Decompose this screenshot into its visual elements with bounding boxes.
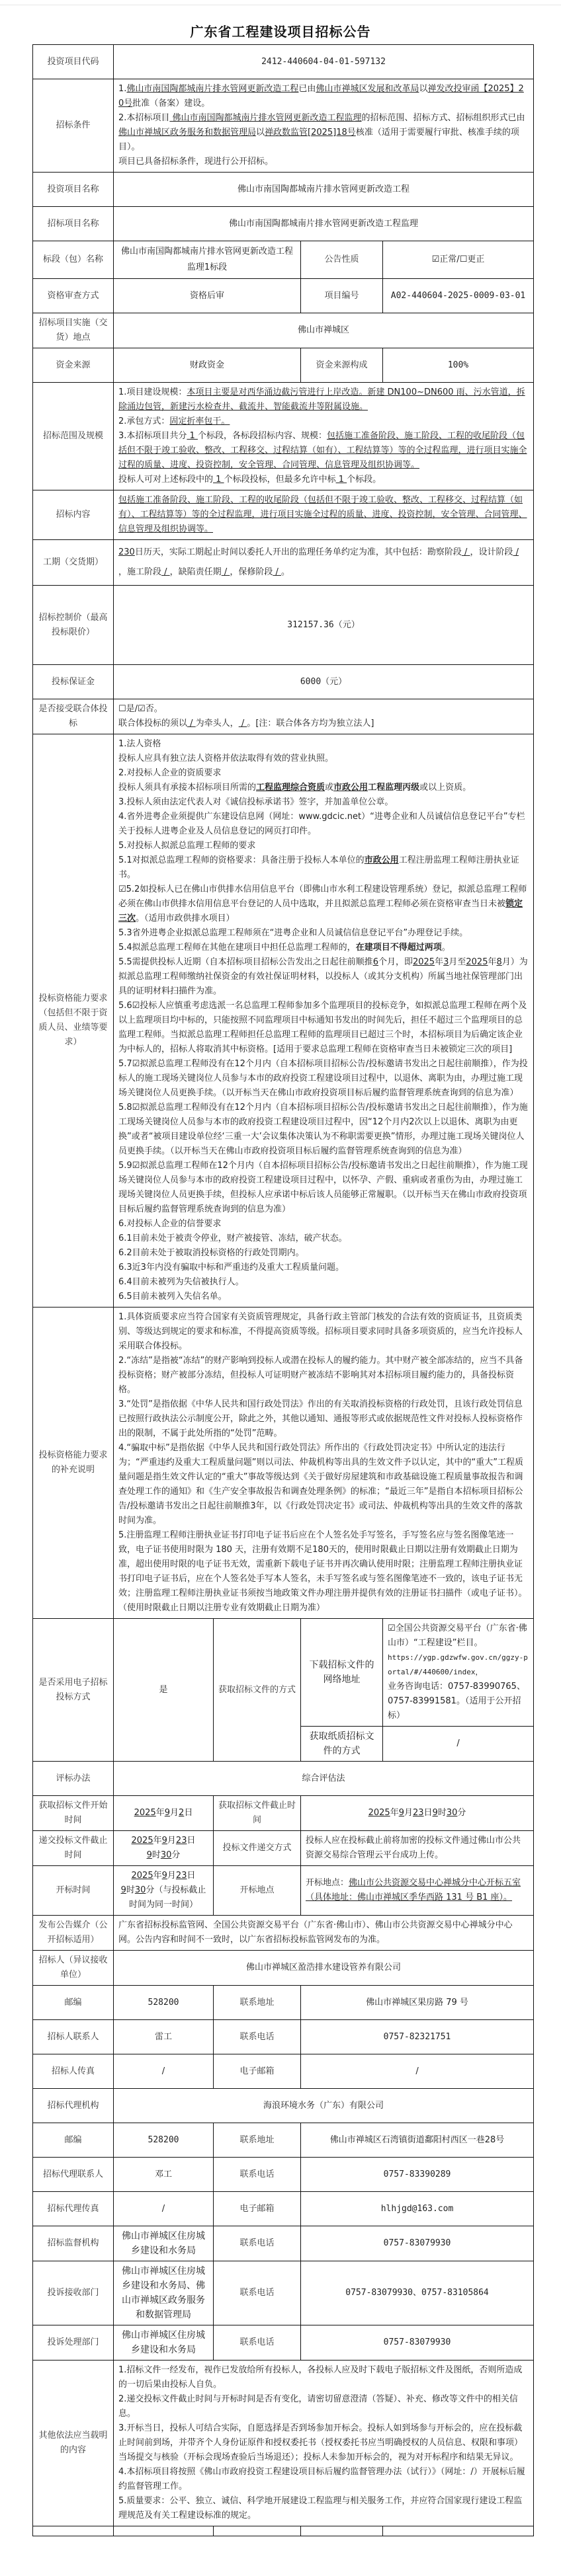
- complaint-handle-phone-label: 联系电话: [214, 2325, 301, 2361]
- agency-fax-value: /: [114, 2192, 214, 2226]
- text: 已由: [298, 84, 316, 94]
- agency-phone-value: 0757-83390289: [301, 2158, 534, 2192]
- text: 。（适用市政供排水项目）: [136, 914, 235, 923]
- tender-name-value: 佛山市南国陶都城南片排水管网更新改造工程监理: [114, 207, 534, 241]
- complaint-handle-value: 佛山市禅城区住房城乡建设和水务局: [114, 2325, 214, 2361]
- agency-address-value: 佛山市禅城区石湾镇街道鄱阳村西区一巷28号: [301, 2123, 534, 2158]
- month: 9: [162, 1836, 167, 1846]
- agency-contact-label: 招标代理联系人: [33, 2158, 114, 2192]
- tenderer-fax-value: /: [114, 2054, 214, 2089]
- tender-project-underlined: 佛山市南国陶都城南片排水管网更新改造工程监理: [169, 113, 361, 123]
- duration-label: 工期（交货期）: [33, 540, 114, 586]
- evaluation-value: 综合评估法: [114, 1762, 534, 1796]
- row-tenderer-fax: 招标人传真 / 电子邮箱 /: [33, 2054, 534, 2089]
- paper-docs-value: /: [383, 1727, 534, 1762]
- others-label: 其他依法应当载明的内容: [33, 2361, 114, 2526]
- warranty-stage: /: [273, 567, 281, 577]
- others-item: 2.递交投标文件截止时间与开标时间是否有变化，请密切留意澄清（答疑）、补充、修改…: [118, 2392, 529, 2421]
- day: 2: [179, 1808, 184, 1818]
- text: 5.5需提供投标人近期（自本招标项目招标公告发出之日起往前顺推: [118, 957, 373, 967]
- row-supplement: 投标资格能力要求的补充说明 1.具体资质要求应当符合国家有关资质管理规定，具备行…: [33, 1308, 534, 1619]
- row-tenderer-contact: 招标人联系人 雷工 联系电话 0757-82321751: [33, 2020, 534, 2054]
- end-month: 8: [497, 957, 502, 967]
- top-divider: [0, 0, 561, 5]
- text: 5.1对拟派总监理工程师的资格要求：具备注册于投标人本单位的: [118, 855, 365, 865]
- day: 23: [176, 1836, 187, 1846]
- complaint-handle-label: 投诉处理部门: [33, 2325, 114, 2361]
- max-win-count: 1: [336, 475, 347, 485]
- eligibility-line: 4.省外进粤企业须提供广东建设信息网（网址：www.gdcic.net）“进粤企…: [118, 810, 529, 839]
- row-funding: 资金来源 财政资金 资金来源构成 100%: [33, 348, 534, 383]
- lead-party: /: [187, 719, 196, 728]
- qualification-type-1: 工程监理综合资质: [256, 783, 325, 793]
- page-title: 广东省工程建设项目招标公告: [0, 21, 561, 40]
- tenderer-value: 佛山市禅城区盈浩排水建设管养有限公司: [114, 1951, 534, 1986]
- agency-phone-label: 联系电话: [214, 2158, 301, 2192]
- text: 或: [325, 783, 333, 793]
- row-location: 招标项目实施（交货）地点 佛山市禅城区: [33, 313, 534, 348]
- agency-contact-value: 邓工: [114, 2158, 214, 2192]
- engineer-specialty: 市政公用: [365, 855, 399, 865]
- section-count: 1: [187, 431, 198, 441]
- conditions-conclusion: 项目已具备招标条件，现进行公开招标。: [118, 155, 529, 169]
- eligibility-line: 5.6☑投标人应慎重考虑选派一名总监理工程师参加多个监理项目的投标竞争，如拟派总…: [118, 999, 529, 1057]
- obtain-method-label: 获取招标文件的方式: [214, 1619, 301, 1762]
- agency-fax-label: 招标代理传真: [33, 2192, 114, 2226]
- project-no-value: A02-440604-2025-0009-03-01: [383, 279, 534, 313]
- section-label: 标段（包）名称: [33, 241, 114, 279]
- text: 5.4拟派总监理工程师在其他在建项目中担任总监理工程师的，: [118, 943, 356, 953]
- duration-value: 230日历天，实际工期起止时间以委托人开出的监理任务单约定为准，其中包括：勘察阶…: [114, 540, 534, 586]
- hour: 9: [147, 1850, 152, 1860]
- end-year: 2025: [466, 957, 488, 967]
- agency-zip-label: 邮编: [33, 2123, 114, 2158]
- project-limit: 在建项目不得超过两项: [356, 943, 442, 953]
- qualification-grade: 工程监理丙级: [368, 783, 419, 793]
- text: 以: [419, 84, 427, 94]
- defect-period: /: [222, 567, 230, 577]
- agency-value: 海浪环境水务（广东）有限公司: [114, 2089, 534, 2123]
- text: 个月，即: [378, 957, 413, 967]
- hour: 9: [121, 1885, 126, 1895]
- text: 为牵头人，: [196, 719, 239, 728]
- scope-value: 1.项目建设规模：本项目主要是对西华涌边截污管进行上岸改造。新建 DN100~D…: [114, 383, 534, 490]
- content-cell: 包括施工准备阶段、施工阶段、工程的收尾阶段（包括但不限于竣工验收、整改、工程移交…: [114, 490, 534, 540]
- content-label: 招标内容: [33, 490, 114, 540]
- location-label: 招标项目实施（交货）地点: [33, 313, 114, 348]
- year: 2025: [368, 1808, 390, 1818]
- row-electronic-bidding: 是否采用电子招标投标方式 是 获取招标文件的方式 下载招标文件的网络地址 ☑全国…: [33, 1619, 534, 1727]
- supplement-value: 1.具体资质要求应当符合国家有关资质管理规定，具备行政主管部门核发的合法有效的资…: [114, 1308, 534, 1619]
- others-value: 1.招标文件一经发布，视作已发放给所有投标人，各投标人应及时下载电子版招标文件及…: [114, 2361, 534, 2526]
- bid-bond-label: 投标保证金: [33, 665, 114, 699]
- tenderer-address-label: 联系地址: [214, 1986, 301, 2020]
- text: 2.承包方式：: [118, 416, 169, 426]
- text: 年: [435, 957, 443, 967]
- agency-email-label: 电子邮箱: [214, 2192, 301, 2226]
- text: ，保修阶段: [230, 567, 273, 577]
- tenderer-phone-value: 0757-82321751: [301, 2020, 534, 2054]
- row-agency-contact: 招标代理联系人 邓工 联系电话 0757-83390289: [33, 2158, 534, 2192]
- text: 3.本招标项目共分: [118, 431, 187, 441]
- tenderer-zip-label: 邮编: [33, 1986, 114, 2020]
- submit-method-label: 投标文件递交方式: [214, 1831, 301, 1866]
- bid-bond-value: 6000（元）: [114, 665, 534, 699]
- row-tenderer: 招标人（异议接收单位） 佛山市禅城区盈浩排水建设管养有限公司: [33, 1951, 534, 1986]
- eligibility-line: 5.8☑拟派总监理工程师没有在12个月内（自本招标项目招标公告/投标邀请书发出之…: [118, 1101, 529, 1159]
- text: 。[注：联合体各方均为独立法人]: [247, 719, 374, 728]
- tenderer-label: 招标人（异议接收单位）: [33, 1951, 114, 1986]
- text: 2.本招标项目: [118, 113, 169, 123]
- text: 或以上资质。: [419, 783, 471, 793]
- row-tenderer-zip: 邮编 528200 联系地址 佛山市禅城区果房路 79 号: [33, 1986, 534, 2020]
- supplement-label: 投标资格能力要求的补充说明: [33, 1308, 114, 1619]
- tenderer-contact-value: 雷工: [114, 2020, 214, 2054]
- eligibility-line: 3.投标人须由法定代表人对《诚信投标承诺书》签字，并加盖单位公章。: [118, 795, 529, 810]
- platform-name: ☑全国公共资源交易平台（广东省·佛山市）“工程建设”栏目。: [388, 1621, 529, 1651]
- text: 批准（备案）建设。: [132, 98, 210, 108]
- eligibility-line: 6.2目前未处于被取消投标资格的行政处罚期内。: [118, 1246, 529, 1261]
- qualification-value: 资格后审: [114, 279, 301, 313]
- survey-stage: /: [462, 547, 470, 557]
- qualification-label: 资格审查方式: [33, 279, 114, 313]
- text: 年: [488, 957, 496, 967]
- year: 2025: [134, 1808, 156, 1818]
- verification-document-no: 禅政数监管[2025]18号: [265, 128, 356, 137]
- obtain-end-value: 2025年9月23日9时30分: [301, 1796, 534, 1831]
- investment-name-label: 投资项目名称: [33, 173, 114, 207]
- design-stage: /: [513, 547, 519, 557]
- row-qualification: 资格审查方式 资格后审 项目编号 A02-440604-2025-0009-03…: [33, 279, 534, 313]
- text: 。: [281, 567, 290, 577]
- text: 以: [256, 128, 265, 137]
- start-year: 2025: [413, 957, 435, 967]
- minute: 30: [447, 1808, 458, 1818]
- text: 月至: [449, 957, 466, 967]
- submit-method-value: 投标人应在投标截止前将加密的投标文件通过佛山市公共资源交易综合管理云平台成功上传…: [301, 1831, 534, 1866]
- consortium-label: 是否接受联合体投标: [33, 699, 114, 734]
- agency-email-value[interactable]: hlhjgd@163.com: [301, 2192, 534, 2226]
- complaint-receive-value: 佛山市禅城区住房城乡建设和水务局、佛山市禅城区政务服务和数据管理局: [114, 2261, 214, 2325]
- notice-nature-value: ☑正常/☐更正: [383, 241, 534, 279]
- project-code-label: 投资项目代码: [33, 45, 114, 79]
- agency-address-label: 联系地址: [214, 2123, 301, 2158]
- agency-zip-value: 528200: [114, 2123, 214, 2158]
- tender-name-label: 招标项目名称: [33, 207, 114, 241]
- text: 的招标范围、招标方式、招标组织形式已由: [362, 113, 525, 123]
- row-investment-name: 投资项目名称 佛山市南国陶都城南片排水管网更新改造工程: [33, 173, 534, 207]
- row-supervision: 招标监督机构 佛山市禅城区住房城乡建设和水务局 联系电话 0757-830799…: [33, 2226, 534, 2261]
- row-eligibility: 投标资格能力要求（包括但不限于资质人员、业绩等要求） 1.法人资格 投标人应具有…: [33, 734, 534, 1308]
- consortium-choice: ☐是/☑否。: [118, 702, 529, 717]
- row-scope: 招标范围及规模 1.项目建设规模：本项目主要是对西华涌边截污管进行上岸改造。新建…: [33, 383, 534, 490]
- tenderer-email-value: /: [301, 2054, 534, 2089]
- supplement-item: 4.“骗取中标”是指依据《中华人民共和国行政处罚法》所作出的《行政处罚决定书》中…: [118, 1441, 529, 1528]
- supervision-phone-label: 联系电话: [214, 2226, 301, 2261]
- row-agency-fax: 招标代理传真 / 电子邮箱 hlhjgd@163.com: [33, 2192, 534, 2226]
- notice-nature-label: 公告性质: [301, 241, 383, 279]
- text: 投标人可对上述标段中的: [118, 475, 213, 485]
- obtain-end-label: 获取招标文件截止时间: [214, 1796, 301, 1831]
- opening-time-value: 2025年9月23日9时30分（与投标截止时间为同一时间）: [114, 1866, 214, 1916]
- eligibility-line: 5.3省外进粤企业拟派总监理工程师须在“进粤企业和人员诚信信息登记平台”办理登记…: [118, 926, 529, 941]
- others-item: 1.招标文件一经发布，视作已发放给所有投标人，各投标人应及时下载电子版招标文件及…: [118, 2363, 529, 2392]
- minute: 30: [161, 1850, 172, 1860]
- electronic-label: 是否采用电子招标投标方式: [33, 1619, 114, 1762]
- scope-label: 招标范围及规模: [33, 383, 114, 490]
- consult-phone: 业务咨询电话：0757-83990765、0757-83991581。（适用于公…: [388, 1680, 529, 1723]
- complaint-receive-label: 投诉接收部门: [33, 2261, 114, 2325]
- row-duration: 工期（交货期） 230日历天，实际工期起止时间以委托人开出的监理任务单约定为准，…: [33, 540, 534, 586]
- construction-stage: /: [161, 567, 170, 577]
- row-agency-zip: 邮编 528200 联系地址 佛山市禅城区石湾镇街道鄱阳村西区一巷28号: [33, 2123, 534, 2158]
- text: 个标段。: [347, 475, 381, 485]
- download-link[interactable]: https://ygp.gdzwfw.gov.cn/ggzy-portal/#/…: [388, 1651, 529, 1680]
- control-price-value: 312157.36（元）: [114, 586, 534, 665]
- qualification-type-2: 市政公用: [333, 783, 368, 793]
- text: 日历天，实际工期起止时间以委托人开出的监理任务单约定为准，其中包括：勘察阶段: [135, 547, 462, 557]
- row-bid-bond: 投标保证金 6000（元）: [33, 665, 534, 699]
- row-complaint-handle: 投诉处理部门 佛山市禅城区住房城乡建设和水务局 联系电话 0757-830799…: [33, 2325, 534, 2361]
- tenderer-phone-label: 联系电话: [214, 2020, 301, 2054]
- minute: 30: [135, 1885, 146, 1895]
- tail-cell: [33, 2526, 114, 2536]
- submit-deadline-label: 递交投标文件截止时间: [33, 1831, 114, 1866]
- evaluation-label: 评标办法: [33, 1762, 114, 1796]
- row-submit: 递交投标文件截止时间 2025年9月23日9时30分 投标文件递交方式 投标人应…: [33, 1831, 534, 1866]
- media-label: 发布公告媒介（公开招标适用）: [33, 1916, 114, 1951]
- verification-authority: 佛山市禅城区政务服务和数据管理局: [118, 128, 256, 137]
- text: 个标段，各标段招标内容、规模：: [198, 431, 327, 441]
- content-value: 包括施工准备阶段、施工阶段、工程的收尾阶段（包括但不限于竣工验收、整改、工程移交…: [118, 495, 527, 534]
- tenderer-email-label: 电子邮箱: [214, 2054, 301, 2089]
- funding-label: 资金来源: [33, 348, 114, 383]
- text: 1.项目建设规模：: [118, 387, 187, 397]
- row-content: 招标内容 包括施工准备阶段、施工阶段、工程的收尾阶段（包括但不限于竣工验收、整改…: [33, 490, 534, 540]
- duration-days: 230: [118, 547, 135, 557]
- row-opening: 开标时间 2025年9月23日9时30分（与投标截止时间为同一时间） 开标地点 …: [33, 1866, 534, 1916]
- row-control-price: 招标控制价（最高投标限价） 312157.36（元）: [33, 586, 534, 665]
- tail-cell: [383, 2526, 534, 2536]
- approval-authority: 佛山市禅城区发展和改革局: [316, 84, 419, 94]
- opening-time-label: 开标时间: [33, 1866, 114, 1916]
- eligibility-line: 6.3近3年内没有骗取中标和严重违约及重大工程质量问题。: [118, 1261, 529, 1275]
- project-no-label: 项目编号: [301, 279, 383, 313]
- row-media: 发布公告媒介（公开招标适用） 广东省招标投标监管网、全国公共资源交易平台（广东省…: [33, 1916, 534, 1951]
- supervision-phone-value: 0757-83079930: [301, 2226, 534, 2261]
- control-price-label: 招标控制价（最高投标限价）: [33, 586, 114, 665]
- supplement-item: 2.“冻结”是指被“冻结”的财产影响到投标人或潜在投标人的履约能力。其中财产被全…: [118, 1354, 529, 1397]
- media-value: 广东省招标投标监管网、全国公共资源交易平台（广东省·佛山市）、佛山市公共资源交易…: [114, 1916, 534, 1951]
- investment-name-value: 佛山市南国陶都城南片排水管网更新改造工程: [114, 173, 534, 207]
- text: ☑5.2如投标人已在佛山市供排水信用信息平台（即佛山市水利工程建设管理系统）登记…: [118, 884, 527, 909]
- month: 9: [399, 1808, 404, 1818]
- text: 投标人须具有承接本招标项目所需的: [118, 783, 256, 793]
- table-tail: [33, 2526, 534, 2536]
- bottom-spacer: [0, 2536, 561, 2576]
- download-address-label: 下载招标文件的网络地址: [301, 1619, 383, 1727]
- supplement-item: 3.“处罚”是指依据《中华人民共和国行政处罚法》作出的有关取消投标资格的行政处罚…: [118, 1397, 529, 1441]
- year: 2025: [132, 1836, 153, 1846]
- tail-cell: [214, 2526, 301, 2536]
- tender-conditions-label: 招标条件: [33, 79, 114, 173]
- row-complaint-receive: 投诉接收部门 佛山市禅城区住房城乡建设和水务局、佛山市禅城区政务服务和数据管理局…: [33, 2261, 534, 2325]
- eligibility-line: 5.7☑拟派总监理工程师没有在12个月内（自本招标项目招标公告/投标邀请书发出之…: [118, 1057, 529, 1101]
- tail-cell: [114, 2526, 214, 2536]
- eligibility-line: 1.法人资格: [118, 737, 529, 752]
- text: 开标地点：: [306, 1878, 349, 1888]
- tenderer-zip-value: 528200: [114, 1986, 214, 2020]
- funding-composition-label: 资金来源构成: [301, 348, 383, 383]
- tail-cell: [301, 2526, 383, 2536]
- eligibility-line: 2.对投标人企业的资质要求: [118, 766, 529, 781]
- text: 1.: [118, 84, 126, 94]
- others-item: 3.开标当日，投标人可结合实际，自愿选择是否到场参加开标会。投标人如到场参与开标…: [118, 2421, 529, 2465]
- month: 9: [162, 1871, 167, 1881]
- others-item: 5.质量要求：公平、独立、诚信、科学地开展建设工程监理与相关服务工作，并应符合国…: [118, 2494, 529, 2523]
- row-project-code: 投资项目代码 2412-440604-04-01-597132: [33, 45, 534, 79]
- obtain-start-value: 2025年9月2日: [114, 1796, 214, 1831]
- day: 23: [413, 1808, 424, 1818]
- section-value: 佛山市南国陶都城南片排水管网更新改造工程监理1标段: [114, 241, 301, 279]
- supervision-value: 佛山市禅城区住房城乡建设和水务局: [114, 2226, 214, 2261]
- eligibility-line: 6.1目前未处于被责令停业，财产被接管、冻结，破产状态。: [118, 1231, 529, 1246]
- opening-place-label: 开标地点: [214, 1866, 301, 1916]
- row-section: 标段（包）名称 佛山市南国陶都城南片排水管网更新改造工程监理1标段 公告性质 ☑…: [33, 241, 534, 279]
- supervision-label: 招标监督机构: [33, 2226, 114, 2261]
- eligibility-line: 6.4目前未被列为失信被执行人。: [118, 1275, 529, 1290]
- eligibility-label: 投标资格能力要求（包括但不限于资质人员、业绩等要求）: [33, 734, 114, 1308]
- location-value: 佛山市禅城区: [114, 313, 534, 348]
- project-code-value: 2412-440604-04-01-597132: [114, 45, 534, 79]
- tenderer-contact-label: 招标人联系人: [33, 2020, 114, 2054]
- submit-deadline-value: 2025年9月23日9时30分: [114, 1831, 214, 1866]
- hour: 9: [433, 1808, 438, 1818]
- row-consortium: 是否接受联合体投标 ☐是/☑否。 联合体投标的须以 / 为牵头人， / 。[注：…: [33, 699, 534, 734]
- months: 6: [373, 957, 378, 967]
- project-name-underlined: 佛山市南国陶都城南片排水管网更新改造工程: [126, 84, 298, 94]
- tender-notice-table: 投资项目代码 2412-440604-04-01-597132 招标条件 1.佛…: [32, 44, 534, 2536]
- tenderer-fax-label: 招标人传真: [33, 2054, 114, 2089]
- text: 联合体投标的须以: [118, 719, 187, 728]
- eligibility-line: 6.对投标人企业的信誉要求: [118, 1217, 529, 1231]
- complaint-handle-phone-value: 0757-83079930: [301, 2325, 534, 2361]
- supplement-item: 5.注册监理工程师注册执业证书打印电子证书后应在个人签名处手写签名，手写签名应与…: [118, 1528, 529, 1616]
- download-address-value: ☑全国公共资源交易平台（广东省·佛山市）“工程建设”栏目。 https://yg…: [383, 1619, 534, 1727]
- complaint-receive-phone-label: 联系电话: [214, 2261, 301, 2325]
- text: ，设计阶段: [470, 547, 513, 557]
- year: 2025: [132, 1871, 153, 1881]
- text: 。: [442, 943, 451, 953]
- agency-label: 招标代理机构: [33, 2089, 114, 2123]
- contract-method: 固定折率包干。: [169, 416, 230, 426]
- row-evaluation: 评标办法 综合评估法: [33, 1762, 534, 1796]
- consortium-value: ☐是/☑否。 联合体投标的须以 / 为牵头人， / 。[注：联合体各方均为独立法…: [114, 699, 534, 734]
- complaint-receive-phone-value: 0757-83079930、0757-83105864: [301, 2261, 534, 2325]
- paper-docs-label: 获取纸质招标文件的方式: [301, 1727, 383, 1762]
- funding-value: 财政资金: [114, 348, 301, 383]
- opening-place-value: 开标地点：佛山市公共资源交易中心禅城分中心开标五室（具体地址：佛山市禅城区季华西…: [301, 1866, 534, 1916]
- text: 个标段投标，但最多允许中标: [224, 475, 336, 485]
- eligibility-line: 5.对投标人拟派总监理工程师的要求: [118, 839, 529, 853]
- row-tender-conditions: 招标条件 1.佛山市南国陶都城南片排水管网更新改造工程已由佛山市禅城区发展和改革…: [33, 79, 534, 173]
- funding-composition-value: 100%: [383, 348, 534, 383]
- supplement-item: 1.具体资质要求应当符合国家有关资质管理规定，具备行政主管部门核发的合法有效的资…: [118, 1310, 529, 1354]
- eligibility-line: 投标人应具有独立法人资格并依法取得有效的营业执照。: [118, 752, 529, 766]
- tender-conditions-value: 1.佛山市南国陶都城南片排水管网更新改造工程已由佛山市禅城区发展和改革局以禅发改…: [114, 79, 534, 173]
- obtain-start-label: 获取招标文件开始时间: [33, 1796, 114, 1831]
- others-item: 4.本招标项目将按照《佛山市政府投资工程建设项目标后履约监督管理办法（试行）》（…: [118, 2465, 529, 2494]
- eligibility-value: 1.法人资格 投标人应具有独立法人资格并依法取得有效的营业执照。 2.对投标人企…: [114, 734, 534, 1308]
- row-agency: 招标代理机构 海浪环境水务（广东）有限公司: [33, 2089, 534, 2123]
- eligibility-line: 6.5目前未被列入失信名单。: [118, 1290, 529, 1304]
- tenderer-address-value: 佛山市禅城区果房路 79 号: [301, 1986, 534, 2020]
- eligibility-line: 5.9☑拟派总监理工程师在12个月内（自本招标项目招标公告/投标邀请书发出之日起…: [118, 1159, 529, 1217]
- month: 9: [165, 1808, 170, 1818]
- day: 23: [176, 1871, 187, 1881]
- text: ，缺陷责任期: [170, 567, 222, 577]
- text: ，施工阶段: [118, 567, 161, 577]
- row-obtain-time: 获取招标文件开始时间 2025年9月2日 获取招标文件截止时间 2025年9月2…: [33, 1796, 534, 1831]
- row-tender-name: 招标项目名称 佛山市南国陶都城南片排水管网更新改造工程监理: [33, 207, 534, 241]
- electronic-value: 是: [114, 1619, 214, 1762]
- row-others: 其他依法应当载明的内容 1.招标文件一经发布，视作已发放给所有投标人，各投标人应…: [33, 2361, 534, 2526]
- consortium-note: /: [239, 719, 247, 728]
- bid-section-count: 1: [213, 475, 224, 485]
